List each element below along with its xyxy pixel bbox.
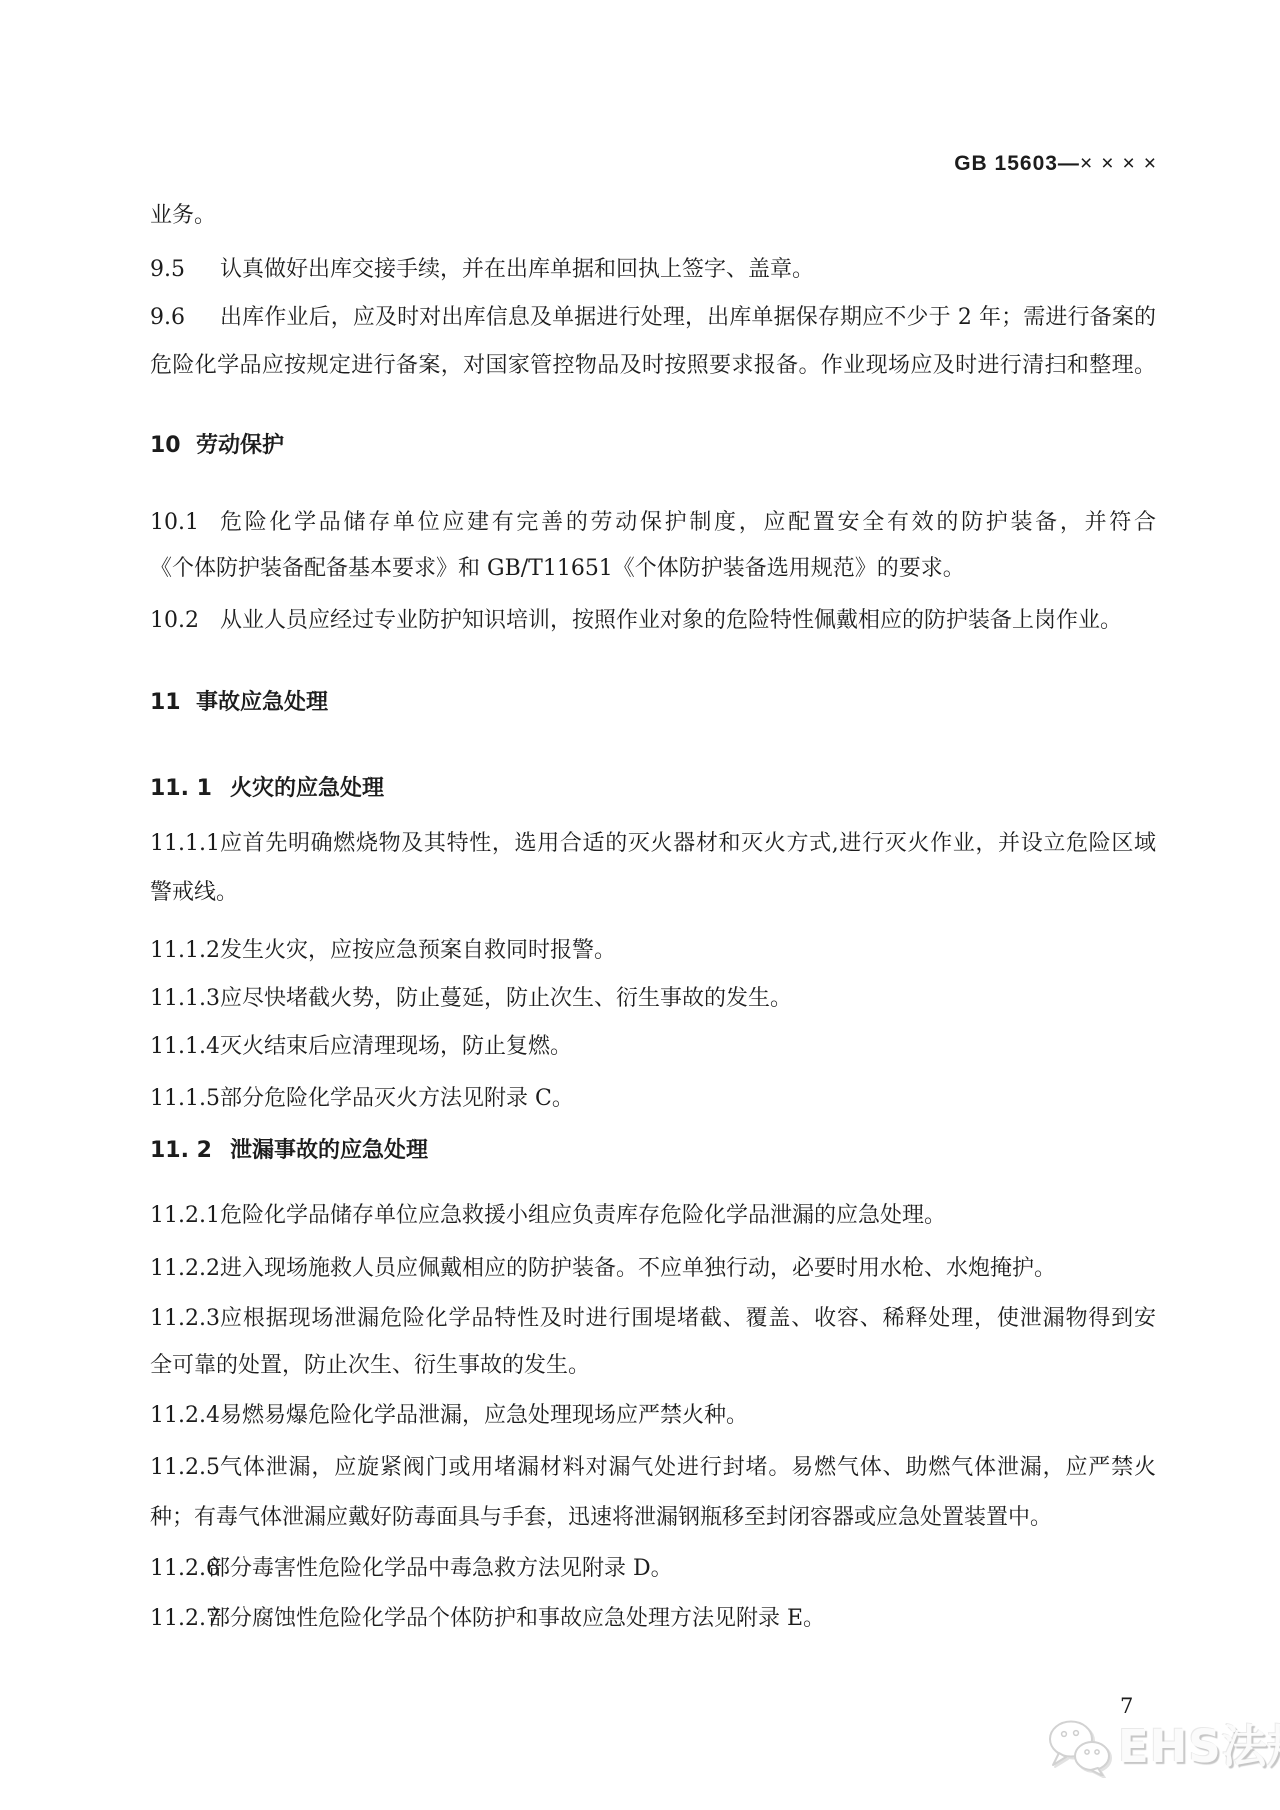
- watermark-label: EHS法规: [1118, 1718, 1280, 1776]
- clause-11-1-2: 11.1.2发生火灾，应按应急预案自救同时报警。: [150, 935, 1156, 967]
- standard-code: GB 15603—: [954, 152, 1080, 175]
- clause-11-2-1: 11.2.1危险化学品储存单位应急救援小组应负责库存危险化学品泄漏的应急处理。: [150, 1200, 1156, 1232]
- clause-10-2: 10.2从业人员应经过专业防护知识培训，按照作业对象的危险特性佩戴相应的防护装备…: [150, 605, 1156, 637]
- clause-10-1: 10.1危险化学品储存单位应建有完善的劳动保护制度，应配置安全有效的防护装备，并…: [150, 507, 1156, 539]
- section-heading-10: 10劳动保护: [150, 430, 1156, 462]
- section-heading-11-2: 11. 2泄漏事故的应急处理: [150, 1135, 1156, 1167]
- clause-11-1-3: 11.1.3应尽快堵截火势，防止蔓延，防止次生、衍生事故的发生。: [150, 983, 1156, 1015]
- clause-9-6: 9.6出库作业后，应及时对出库信息及单据进行处理，出库单据保存期应不少于 2 年…: [150, 302, 1156, 334]
- clause-11-1-1: 11.1.1应首先明确燃烧物及其特性，选用合适的灭火器材和灭火方式,进行灭火作业…: [150, 828, 1156, 860]
- watermark: EHS法规: [1046, 1718, 1280, 1776]
- clause-11-1-5: 11.1.5部分危险化学品灭火方法见附录 C。: [150, 1083, 1156, 1115]
- clause-11-2-6: 11.2.6部分毒害性危险化学品中毒急救方法见附录 D。: [150, 1553, 1156, 1585]
- clause-11-2-2: 11.2.2进入现场施救人员应佩戴相应的防护装备。不应单独行动，必要时用水枪、水…: [150, 1253, 1156, 1285]
- standard-code-placeholder: ××××: [1080, 152, 1165, 175]
- clause-11-2-7: 11.2.7部分腐蚀性危险化学品个体防护和事故应急处理方法见附录 E。: [150, 1603, 1156, 1635]
- clause-11-1-4: 11.1.4灭火结束后应清理现场，防止复燃。: [150, 1031, 1156, 1063]
- document-page: GB 15603—×××× 业务。 9.5认真做好出库交接手续，并在出库单据和回…: [0, 0, 1280, 1810]
- clause-11-2-5-continuation: 种；有毒气体泄漏应戴好防毒面具与手套，迅速将泄漏钢瓶移至封闭容器或应急处置装置中…: [150, 1502, 1156, 1534]
- clause-11-2-3-continuation: 全可靠的处置，防止次生、衍生事故的发生。: [150, 1350, 1156, 1382]
- clause-10-1-continuation: 《个体防护装备配备基本要求》和 GB/T11651《个体防护装备选用规范》的要求…: [150, 553, 1156, 585]
- clause-9-5: 9.5认真做好出库交接手续，并在出库单据和回执上签字、盖章。: [150, 254, 1156, 286]
- paragraph-continuation: 业务。: [150, 200, 1156, 232]
- page-number: 7: [1120, 1692, 1133, 1720]
- section-heading-11: 11事故应急处理: [150, 687, 1156, 719]
- standard-code-header: GB 15603—××××: [954, 152, 1165, 176]
- clause-11-2-4: 11.2.4易燃易爆危险化学品泄漏，应急处理现场应严禁火种。: [150, 1400, 1156, 1432]
- clause-11-2-3: 11.2.3应根据现场泄漏危险化学品特性及时进行围堤堵截、覆盖、收容、稀释处理，…: [150, 1303, 1156, 1335]
- clause-11-1-1-continuation: 警戒线。: [150, 877, 1156, 909]
- section-heading-11-1: 11. 1火灾的应急处理: [150, 773, 1156, 805]
- clause-11-2-5: 11.2.5气体泄漏，应旋紧阀门或用堵漏材料对漏气处进行封堵。易燃气体、助燃气体…: [150, 1452, 1156, 1484]
- clause-9-6-continuation: 危险化学品应按规定进行备案，对国家管控物品及时按照要求报备。作业现场应及时进行清…: [150, 350, 1156, 382]
- wechat-icon: [1046, 1718, 1112, 1776]
